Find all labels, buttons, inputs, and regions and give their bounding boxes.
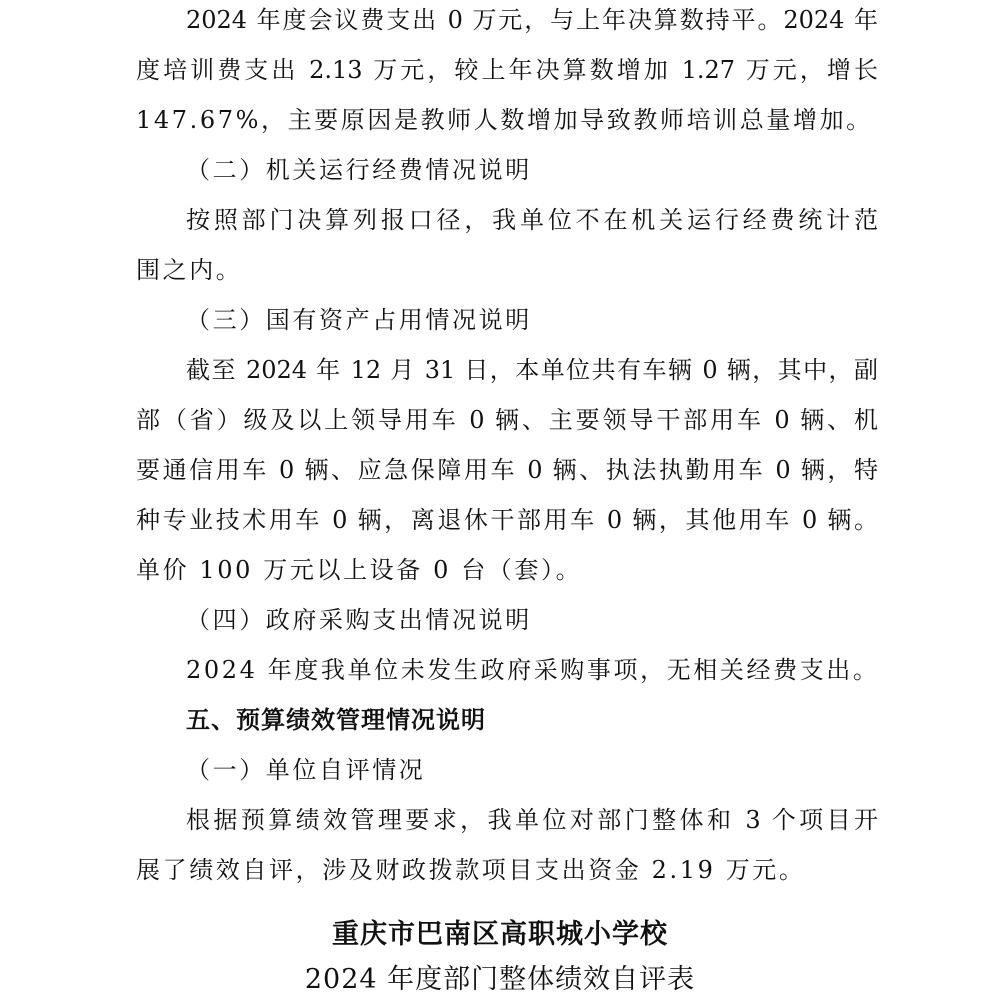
paragraph-line: 单价 100 万元以上设备 0 台（套）。 bbox=[136, 545, 878, 595]
paragraph-line: 2024 年度会议费支出 0 万元，与上年决算数持平。2024 年 bbox=[186, 0, 878, 45]
paragraph-line: 截至 2024 年 12 月 31 日，本单位共有车辆 0 辆，其中，副 bbox=[186, 345, 878, 395]
paragraph-line: 按照部门决算列报口径，我单位不在机关运行经费统计范 bbox=[186, 195, 878, 245]
section-heading-state-assets: （三）国有资产占用情况说明 bbox=[186, 295, 878, 345]
paragraph-line: 要通信用车 0 辆、应急保障用车 0 辆、执法执勤用车 0 辆，特 bbox=[136, 445, 878, 495]
paragraph-line: 度培训费支出 2.13 万元，较上年决算数增加 1.27 万元，增长 bbox=[136, 45, 878, 95]
subsection-heading-self-evaluation: （一）单位自评情况 bbox=[186, 745, 878, 795]
paragraph-line: 展了绩效自评，涉及财政拨款项目支出资金 2.19 万元。 bbox=[136, 845, 878, 895]
table-title-form-name: 2024 年度部门整体绩效自评表 bbox=[0, 955, 1000, 1000]
paragraph-line: 种专业技术用车 0 辆，离退休干部用车 0 辆，其他用车 0 辆。 bbox=[136, 495, 878, 545]
section-heading-operating-costs: （二）机关运行经费情况说明 bbox=[186, 145, 878, 195]
section-heading-procurement: （四）政府采购支出情况说明 bbox=[186, 595, 878, 645]
paragraph-line: 147.67%，主要原因是教师人数增加导致教师培训总量增加。 bbox=[136, 95, 878, 145]
table-title-school-name: 重庆市巴南区高职城小学校 bbox=[0, 910, 1000, 960]
paragraph-line: 围之内。 bbox=[136, 245, 878, 295]
paragraph-line: 2024 年度我单位未发生政府采购事项，无相关经费支出。 bbox=[186, 645, 878, 695]
section-heading-performance-management: 五、预算绩效管理情况说明 bbox=[186, 695, 878, 745]
paragraph-line: 部（省）级及以上领导用车 0 辆、主要领导干部用车 0 辆、机 bbox=[136, 395, 878, 445]
paragraph-line: 根据预算绩效管理要求，我单位对部门整体和 3 个项目开 bbox=[186, 795, 878, 845]
document-page: 2024 年度会议费支出 0 万元，与上年决算数持平。2024 年 度培训费支出… bbox=[0, 0, 1000, 1000]
